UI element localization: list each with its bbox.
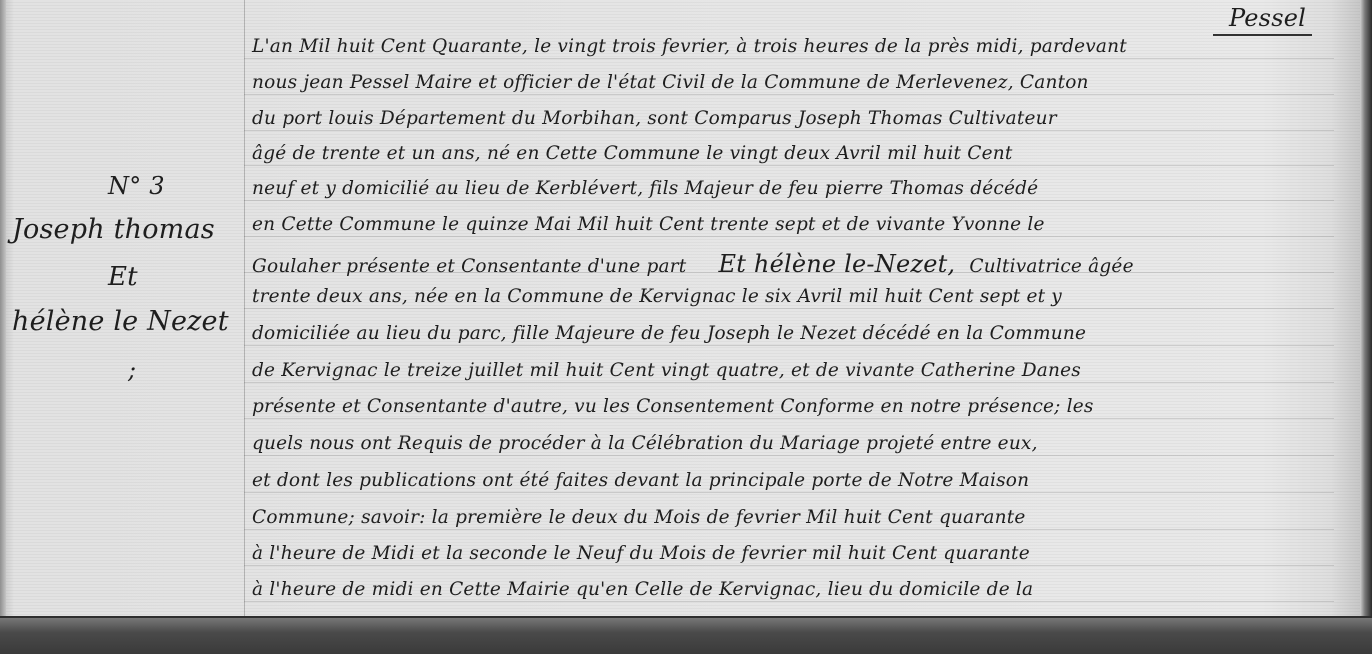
ruled-line: [244, 58, 1334, 59]
ruled-line: [244, 382, 1334, 383]
register-page: Pessel N° 3 Joseph thomas Et hélène le N…: [0, 0, 1372, 654]
text-line: en Cette Commune le quinze Mai Mil huit …: [252, 214, 1045, 235]
text-line: L'an Mil huit Cent Quarante, le vingt tr…: [252, 36, 1127, 57]
text-line: à l'heure de midi en Cette Mairie qu'en …: [252, 579, 1033, 600]
text-line: domiciliée au lieu du parc, fille Majeur…: [252, 323, 1086, 344]
text-line: Commune; savoir: la première le deux du …: [252, 507, 1026, 528]
act-number: N° 3: [108, 172, 165, 200]
bride-intro: Et hélène le-Nezet,: [719, 250, 956, 278]
text-line: Goulaher présente et Consentante d'une p…: [252, 250, 1134, 278]
ruled-line: [244, 165, 1334, 166]
ruled-line: [244, 418, 1334, 419]
ruled-line: [244, 94, 1334, 95]
text-segment: Goulaher présente et Consentante d'une p…: [252, 256, 686, 277]
text-line: quels nous ont Requis de procéder à la C…: [252, 433, 1038, 454]
text-line: présente et Consentante d'autre, vu les …: [252, 396, 1094, 417]
ruled-line: [244, 130, 1334, 131]
scan-bottom-shadow: [0, 616, 1372, 654]
ruled-line: [244, 200, 1334, 201]
mayor-signature: Pessel: [1213, 4, 1312, 36]
text-line: du port louis Département du Morbihan, s…: [252, 108, 1057, 129]
page-right-edge: [1360, 0, 1372, 654]
ruled-line: [244, 492, 1334, 493]
text-line: neuf et y domicilié au lieu de Kerbléver…: [252, 178, 1038, 199]
ruled-line: [244, 565, 1334, 566]
text-line: de Kervignac le treize juillet mil huit …: [252, 360, 1081, 381]
text-line: nous jean Pessel Maire et officier de l'…: [252, 72, 1089, 93]
text-line: âgé de trente et un ans, né en Cette Com…: [252, 143, 1012, 164]
ruled-line: [244, 529, 1334, 530]
text-line: à l'heure de Midi et la seconde le Neuf …: [252, 543, 1030, 564]
ruled-line: [244, 455, 1334, 456]
bride-name: hélène le Nezet: [12, 306, 229, 337]
binding-edge: [0, 0, 6, 654]
ruled-line: [244, 236, 1334, 237]
ruled-line: [244, 308, 1334, 309]
ruled-line: [244, 345, 1334, 346]
text-line: trente deux ans, née en la Commune de Ke…: [252, 286, 1062, 307]
margin-mark: ;: [128, 356, 136, 384]
text-line: et dont les publications ont été faites …: [252, 470, 1029, 491]
ruled-line: [244, 601, 1334, 602]
margin-conjunction: Et: [108, 262, 138, 292]
margin-rule: [244, 0, 245, 618]
bride-occupation: Cultivatrice âgée: [969, 256, 1133, 277]
groom-name: Joseph thomas: [12, 214, 215, 245]
